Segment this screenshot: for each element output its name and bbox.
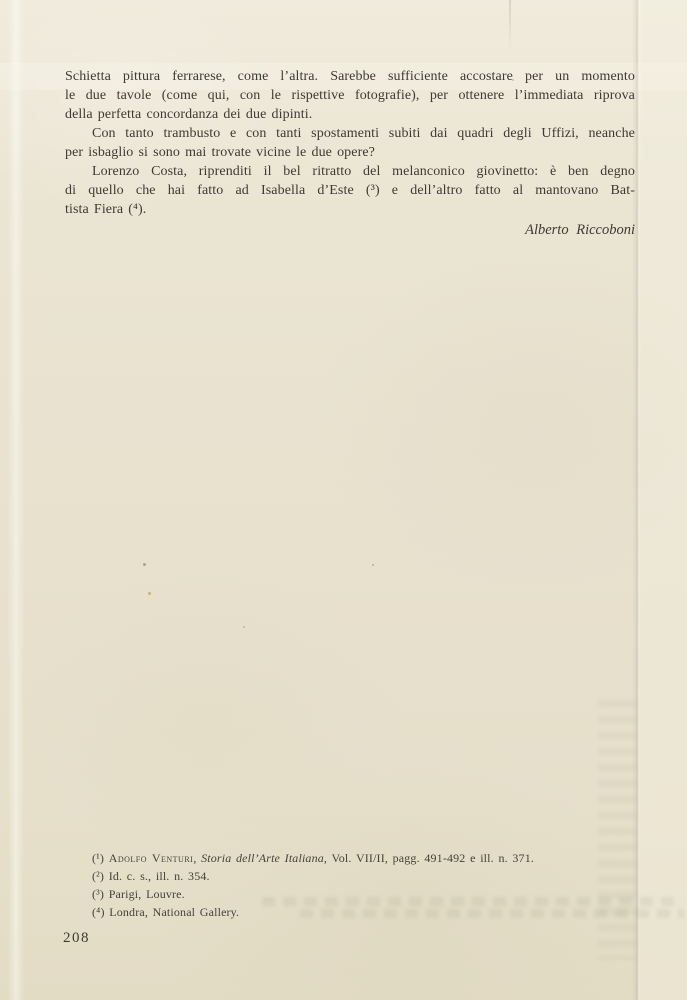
body-line: Con tanto trambusto e con tanti spostame…	[65, 124, 635, 143]
right-edge-margin	[641, 0, 687, 1000]
footnote-text: Londra, National Gallery.	[109, 905, 239, 919]
footnote-2: (²) Id. c. s., ill. n. 354.	[92, 867, 582, 885]
page-number: 208	[63, 930, 90, 947]
paper-speck	[243, 626, 245, 628]
left-edge-highlight	[8, 0, 24, 1000]
footnote-citation: , Vol. VII/II, pagg. 491-492 e ill. n. 3…	[324, 851, 534, 865]
footnotes: (¹) Adolfo Venturi, Storia dell’Arte Ita…	[92, 849, 582, 921]
show-through-smudge	[598, 700, 636, 960]
footnote-text: Parigi, Louvre.	[109, 887, 185, 901]
paper-speck	[148, 592, 151, 595]
footnote-marker: (¹)	[92, 851, 109, 865]
footnote-author: Adolfo Venturi	[109, 851, 194, 865]
footnote-3: (³) Parigi, Louvre.	[92, 885, 582, 903]
footnote-1: (¹) Adolfo Venturi, Storia dell’Arte Ita…	[92, 849, 582, 867]
body-text: Schietta pittura ferrarese, come l’altra…	[65, 67, 635, 219]
footnote-4: (⁴) Londra, National Gallery.	[92, 903, 582, 921]
body-line: le due tavole (come qui, con le rispetti…	[65, 86, 635, 105]
footnote-text: Id. c. s., ill. n. 354.	[109, 869, 210, 883]
paper-speck	[143, 563, 146, 566]
footnote-marker: (³)	[92, 887, 109, 901]
book-page: Schietta pittura ferrarese, come l’altra…	[0, 0, 687, 1000]
body-line: Lorenzo Costa, riprenditi il bel ritratt…	[65, 162, 635, 181]
body-line: tista Fiera (⁴).	[65, 200, 635, 219]
footnote-marker: (²)	[92, 869, 109, 883]
top-crease-mark	[509, 0, 511, 48]
body-line: Schietta pittura ferrarese, come l’altra…	[65, 67, 635, 86]
body-line: di quello che hai fatto ad Isabella d’Es…	[65, 181, 635, 200]
body-line: della perfetta concordanza dei due dipin…	[65, 105, 635, 124]
paper-speck	[372, 564, 374, 566]
author-signature: Alberto Riccoboni	[65, 221, 635, 239]
body-line: per isbaglio si sono mai trovate vicine …	[65, 143, 635, 162]
footnote-book-title: Storia dell’Arte Italiana	[201, 851, 324, 865]
footnote-separator: ,	[193, 851, 201, 865]
footnote-marker: (⁴)	[92, 905, 109, 919]
